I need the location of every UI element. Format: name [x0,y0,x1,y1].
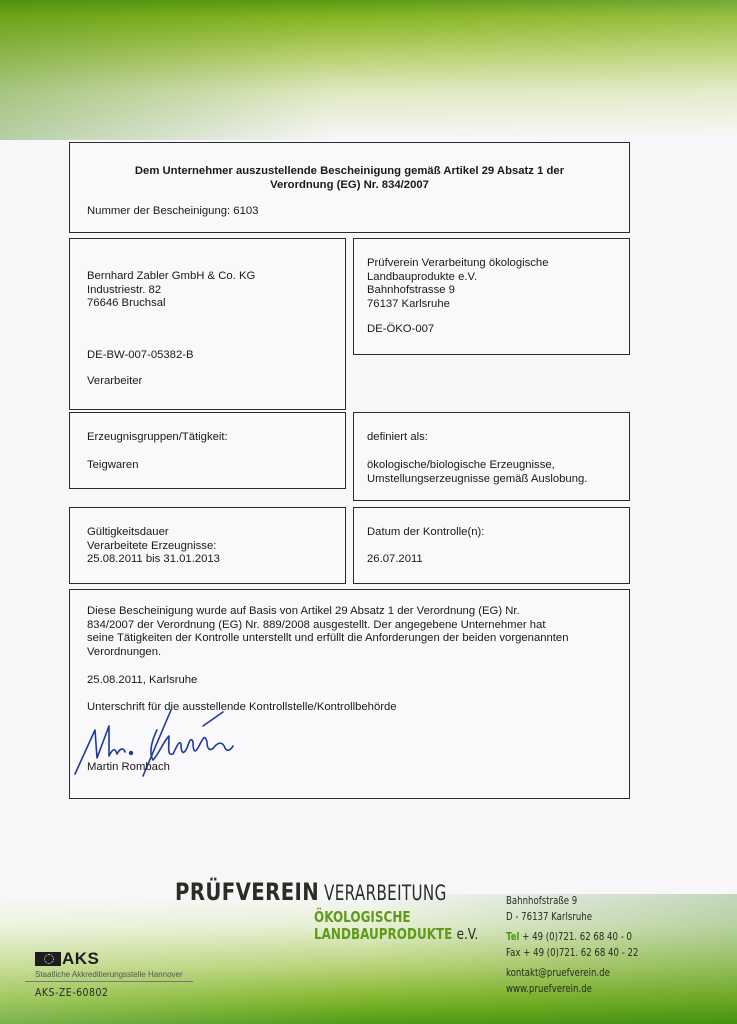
certificate-heading: Dem Unternehmer auszustellende Bescheini… [70,165,629,192]
aks-id: AKS-ZE-60802 [35,986,169,999]
contact-block: Bahnhofstraße 9 D - 76137 Karlsruhe Tel … [506,893,638,997]
authority-name-line-2: Landbauprodukte e.V. [367,271,549,285]
logo-ev-suffix: e.V. [457,925,479,943]
tel-number: + 49 (0)721. 62 68 40 - 0 [522,930,632,943]
company-name: Bernhard Zabler GmbH & Co. KG [87,270,255,284]
heading-line-2: Verordnung (EG) Nr. 834/2007 [70,179,629,193]
statement-line-3: seine Tätigkeiten der Kontrolle unterste… [87,632,617,646]
tel-label: Tel [506,930,519,943]
authority-code: DE-ÖKO-007 [367,323,434,337]
defined-as-box: definiert als: ökologische/biologische E… [353,412,630,501]
control-date-box: Datum der Kontrolle(n): 26.07.2011 [353,507,630,584]
company-code: DE-BW-007-05382-B [87,349,194,363]
aks-subtitle: Staatliche Akkreditierungsstelle Hannove… [35,970,193,979]
certificate-number: Nummer der Bescheinigung: 6103 [87,205,258,219]
defined-as-value: ökologische/biologische Erzeugnisse, Ums… [367,459,587,486]
control-date-label: Datum der Kontrolle(n): [367,526,484,540]
statement-line-1: Diese Bescheinigung wurde auf Basis von … [87,605,617,619]
aks-accreditation: AKS Staatliche Akkreditierungsstelle Han… [35,949,193,999]
place-date: 25.08.2011, Karlsruhe [87,674,197,688]
validity-text: Gültigkeitsdauer Verarbeitete Erzeugniss… [87,526,220,567]
contact-fax: Fax + 49 (0)721. 62 68 40 - 22 [506,945,638,961]
aks-letters: AKS [62,949,99,969]
aks-divider [25,981,193,982]
contact-email[interactable]: kontakt@pruefverein.de [506,965,638,981]
contact-street: Bahnhofstraße 9 [506,893,638,909]
contact-website[interactable]: www.pruefverein.de [506,981,638,997]
defined-as-line-2: Umstellungserzeugnisse gemäß Auslobung. [367,473,587,487]
logo-landbauprodukte-text: LANDBAUPRODUKTE [314,925,452,943]
logo-line-landbauprodukte: LANDBAUPRODUKTE e.V. [314,925,478,943]
validity-range: 25.08.2011 bis 31.01.2013 [87,553,220,567]
company-city: 76646 Bruchsal [87,297,255,311]
aks-logo: AKS [35,949,193,969]
defined-as-line-1: ökologische/biologische Erzeugnisse, [367,459,587,473]
company-address: Bernhard Zabler GmbH & Co. KG Industries… [87,270,255,311]
products-value: Teigwaren [87,459,139,473]
statement-line-2: 834/2007 der Verordnung (EG) Nr. 889/200… [87,619,617,633]
authority-address: Prüfverein Verarbeitung ökologische Land… [367,257,549,311]
signer-name: Martin Rombach [87,761,170,775]
authority-name-line-1: Prüfverein Verarbeitung ökologische [367,257,549,271]
contact-city: D - 76137 Karlsruhe [506,909,638,925]
products-label: Erzeugnisgruppen/Tätigkeit: [87,431,228,445]
control-date-value: 26.07.2011 [367,553,423,567]
validity-sublabel: Verarbeitete Erzeugnisse: [87,540,220,554]
logo-word-pruefverein: PRÜFVEREIN [175,878,302,906]
certificate-title-box: Dem Unternehmer auszustellende Bescheini… [69,142,630,233]
company-box: Bernhard Zabler GmbH & Co. KG Industries… [69,238,346,410]
statement-line-4: Verordnungen. [87,646,617,660]
company-street: Industriestr. 82 [87,284,255,298]
heading-line-1: Dem Unternehmer auszustellende Bescheini… [70,165,629,179]
products-box: Erzeugnisgruppen/Tätigkeit: Teigwaren [69,412,346,489]
authority-street: Bahnhofstrasse 9 [367,284,549,298]
statement-text: Diese Bescheinigung wurde auf Basis von … [87,605,617,659]
pruefverein-logo: PRÜFVEREIN VERARBEITUNG ÖKOLOGISCHE LAND… [175,878,494,906]
authority-city: 76137 Karlsruhe [367,298,549,312]
logo-line-oekologische: ÖKOLOGISCHE [314,908,411,926]
authority-box: Prüfverein Verarbeitung ökologische Land… [353,238,630,355]
logo-word-verarbeitung: VERARBEITUNG [324,881,447,905]
contact-tel: Tel + 49 (0)721. 62 68 40 - 0 [506,929,638,945]
validity-label: Gültigkeitsdauer [87,526,220,540]
eu-flag-icon [35,952,61,966]
defined-as-label: definiert als: [367,431,428,445]
validity-box: Gültigkeitsdauer Verarbeitete Erzeugniss… [69,507,346,584]
header-green-gradient [0,0,737,140]
company-role: Verarbeiter [87,375,142,389]
statement-box: Diese Bescheinigung wurde auf Basis von … [69,589,630,799]
